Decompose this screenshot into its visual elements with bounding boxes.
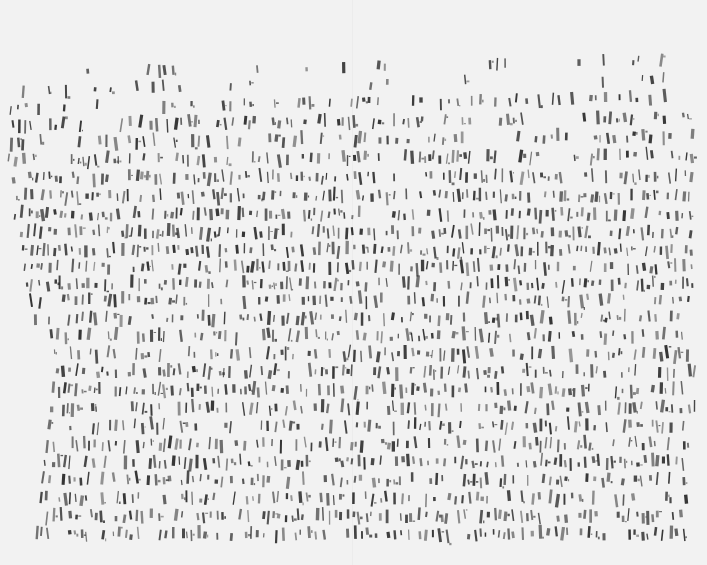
ink-stroke [191,492,193,505]
ink-stroke [150,439,152,446]
ink-stroke [149,121,152,130]
ink-stroke [92,248,96,255]
ink-dot [681,352,684,353]
ink-stroke [384,347,386,355]
ink-stroke [17,105,19,110]
ink-stroke [208,294,209,307]
ink-stroke [555,174,558,180]
ink-stroke [206,246,210,258]
ink-dot [80,408,83,410]
ink-stroke [530,315,535,326]
ink-stroke [7,154,10,162]
ink-stroke [463,474,467,487]
ink-stroke [179,280,181,285]
ink-dot [360,517,363,520]
ink-stroke [346,369,349,374]
ink-stroke [659,295,662,305]
ink-stroke [447,210,449,221]
ink-dot [99,193,100,195]
ink-stroke [631,493,635,501]
ink-stroke [498,438,501,450]
ink-stroke [433,134,435,142]
ink-dot [216,332,217,334]
ink-stroke [459,168,462,180]
ink-stroke [436,298,437,303]
ink-stroke [323,281,326,288]
ink-stroke [314,531,317,539]
ink-stroke [286,155,289,166]
ink-stroke [133,387,136,394]
ink-stroke [393,479,395,484]
ink-stroke [154,474,157,485]
ink-dot [346,358,348,361]
ink-stroke [47,419,51,429]
ink-stroke [562,371,564,378]
ink-stroke [479,249,481,254]
ink-stroke [604,333,608,344]
ink-dot [425,336,428,339]
ink-stroke [140,511,143,524]
ink-stroke [326,243,329,252]
ink-dot [576,156,579,159]
ink-stroke [372,118,375,129]
ink-stroke [360,351,362,362]
ink-stroke [185,403,187,413]
ink-stroke [443,296,445,306]
abstract-ink-artwork: Abstract ink drawing of rows of short ve… [0,0,707,565]
ink-stroke [556,480,559,485]
ink-stroke [687,114,689,119]
ink-stroke [115,441,117,446]
ink-stroke [54,229,58,235]
ink-stroke [214,157,217,163]
ink-stroke [221,512,224,520]
ink-stroke [243,193,245,198]
ink-stroke [181,494,184,499]
ink-stroke [196,513,199,520]
ink-stroke [592,456,596,463]
ink-stroke [406,454,410,467]
ink-dot [487,248,490,249]
ink-stroke [24,120,26,134]
ink-dot [251,82,253,83]
ink-dot [585,387,587,389]
ink-stroke [392,211,396,218]
ink-stroke [376,331,378,340]
ink-stroke [538,492,541,500]
ink-stroke [230,171,233,184]
ink-stroke [405,387,407,393]
ink-stroke [156,423,158,435]
ink-dot [42,142,44,145]
ink-stroke [395,456,398,466]
ink-stroke [380,293,383,303]
ink-stroke [151,314,154,319]
ink-stroke [374,260,377,273]
ink-stroke [194,279,197,287]
ink-stroke [564,460,567,467]
ink-dot [637,411,638,414]
ink-stroke [113,532,114,537]
ink-stroke [282,262,285,271]
ink-stroke [122,514,126,523]
ink-stroke [468,492,471,504]
ink-stroke [181,511,183,517]
ink-stroke [424,156,426,163]
ink-stroke [225,403,227,413]
ink-stroke [188,459,192,472]
ink-stroke [479,329,484,343]
ink-stroke [88,386,91,392]
ink-stroke [159,174,162,185]
ink-stroke [215,208,219,216]
ink-stroke [391,312,395,320]
ink-stroke [523,436,526,447]
ink-stroke [665,407,668,411]
ink-stroke [287,211,290,218]
ink-stroke [102,212,105,218]
ink-stroke [10,138,13,152]
ink-stroke [537,242,538,256]
ink-stroke [250,261,255,273]
ink-dot [476,481,478,483]
ink-stroke [472,474,475,486]
ink-stroke [315,312,318,320]
ink-stroke [651,385,655,393]
ink-stroke [511,208,514,216]
ink-stroke [36,263,40,268]
ink-stroke [564,443,566,450]
ink-stroke [29,293,33,307]
ink-stroke [36,526,39,540]
ink-stroke [93,440,95,448]
ink-stroke [580,528,583,535]
ink-stroke [163,331,165,342]
ink-stroke [94,388,96,393]
ink-stroke [619,457,622,463]
ink-stroke [113,294,117,307]
ink-stroke [424,422,426,427]
ink-stroke [580,246,582,252]
ink-stroke [68,511,72,519]
ink-stroke [125,530,128,538]
ink-stroke [380,498,382,503]
ink-stroke [630,189,632,201]
ink-stroke [261,261,264,272]
ink-stroke [69,426,71,430]
ink-stroke [125,386,127,394]
ink-dot [97,166,99,168]
ink-stroke [295,439,297,451]
ink-stroke [555,386,558,393]
ink-stroke [125,224,128,238]
ink-stroke [448,422,451,433]
ink-stroke [567,416,570,430]
ink-stroke [366,386,369,395]
ink-stroke [347,403,350,415]
ink-dot [196,369,198,372]
ink-stroke [406,441,409,448]
ink-stroke [221,208,224,214]
ink-stroke [328,262,331,275]
ink-dot [184,497,185,500]
ink-dot [337,280,339,282]
ink-stroke [252,280,254,289]
ink-stroke [107,265,110,275]
ink-stroke [649,475,652,481]
ink-stroke [621,372,623,378]
ink-stroke [494,169,497,180]
ink-stroke [687,296,690,302]
ink-stroke [116,491,119,503]
ink-dot [487,375,490,378]
ink-stroke [513,259,516,269]
ink-dot [487,229,490,231]
ink-stroke [29,121,32,130]
ink-stroke [137,527,140,539]
ink-stroke [234,440,238,446]
ink-stroke [349,296,352,304]
ink-dot [475,463,478,465]
ink-dot [626,461,627,463]
ink-stroke [463,313,465,322]
ink-stroke [671,404,673,412]
ink-stroke [352,511,355,517]
ink-stroke [294,263,297,271]
ink-stroke [41,189,45,200]
ink-stroke [237,188,240,201]
ink-dot [367,154,369,157]
ink-stroke [688,404,691,413]
ink-stroke [576,364,579,374]
ink-dot [73,159,75,161]
ink-dot [129,235,131,237]
ink-stroke [90,349,92,355]
ink-dot [483,521,484,524]
ink-stroke [414,417,417,429]
ink-stroke [58,497,60,502]
ink-stroke [101,174,104,185]
ink-stroke [64,192,68,206]
ink-stroke [246,496,249,504]
ink-stroke [431,263,434,268]
ink-stroke [436,458,439,463]
ink-stroke [363,132,366,142]
ink-stroke [207,475,209,480]
ink-stroke [308,96,311,109]
ink-stroke [246,280,249,284]
ink-stroke [152,209,155,220]
ink-stroke [604,193,608,204]
ink-stroke [296,424,299,430]
ink-stroke [204,385,207,393]
ink-stroke [594,135,598,139]
ink-stroke [328,189,331,201]
ink-stroke [320,315,322,320]
ink-stroke [429,365,432,376]
ink-stroke [171,264,173,270]
ink-stroke [572,226,574,240]
ink-stroke [22,86,25,99]
ink-stroke [224,330,226,341]
ink-dot [160,234,162,236]
ink-stroke [156,229,160,239]
ink-stroke [594,351,597,358]
ink-stroke [36,211,39,218]
ink-stroke [665,492,668,501]
ink-stroke [260,366,263,375]
ink-stroke [101,530,105,539]
ink-stroke [263,533,265,537]
ink-stroke [391,352,394,361]
ink-stroke [611,280,614,292]
ink-stroke [626,248,628,256]
ink-stroke [685,170,686,176]
ink-stroke [599,280,602,285]
ink-stroke [60,507,63,521]
ink-stroke [397,230,399,239]
ink-stroke [214,231,217,237]
ink-stroke [162,65,166,75]
ink-dot [459,154,462,157]
ink-stroke [164,211,166,219]
ink-stroke [520,171,525,185]
ink-stroke [87,328,92,341]
ink-stroke [272,170,274,180]
ink-stroke [143,247,145,252]
ink-stroke [479,222,481,236]
ink-stroke [643,455,647,463]
ink-stroke [633,152,637,157]
ink-stroke [244,243,246,253]
ink-dot [447,116,449,118]
ink-stroke [119,387,121,396]
ink-stroke [624,171,628,184]
ink-stroke [378,137,381,143]
ink-dot [248,175,250,177]
ink-stroke [100,492,104,504]
ink-stroke [505,264,508,272]
ink-dot [56,352,57,355]
ink-stroke [468,151,471,164]
ink-stroke [362,245,365,254]
ink-stroke [211,387,213,397]
ink-dot [593,156,595,158]
ink-stroke [343,212,345,219]
ink-stroke [503,511,507,521]
ink-dot [82,130,83,132]
ink-stroke [228,366,231,378]
ink-dot [584,307,585,310]
ink-stroke [122,420,124,430]
ink-dot [413,521,416,522]
ink-stroke [632,131,636,136]
ink-stroke [620,244,622,252]
ink-stroke [604,92,607,102]
ink-dot [466,509,468,510]
ink-stroke [632,402,637,413]
ink-stroke [467,479,470,484]
ink-dot [459,105,460,106]
ink-stroke [642,75,644,81]
ink-stroke [651,514,654,522]
ink-stroke [386,367,390,375]
ink-stroke [656,472,659,485]
ink-stroke [562,280,566,294]
ink-stroke [675,280,677,284]
ink-stroke [661,283,665,290]
ink-stroke [134,419,136,429]
ink-stroke [113,313,117,319]
ink-stroke [496,293,498,303]
ink-stroke [603,116,606,122]
ink-stroke [454,171,456,178]
ink-stroke [356,422,358,427]
ink-stroke [534,328,537,339]
ink-stroke [407,402,411,413]
ink-stroke [582,113,586,122]
ink-stroke [421,260,424,272]
ink-stroke [130,275,133,288]
ink-stroke [682,477,685,485]
ink-stroke [210,349,213,359]
ink-stroke [410,367,413,374]
ink-stroke [366,296,368,309]
ink-dot [650,195,651,196]
ink-stroke [68,368,71,372]
ink-stroke [407,420,409,429]
ink-stroke [430,171,433,178]
ink-stroke [476,368,479,379]
ink-stroke [521,527,524,540]
ink-stroke [516,131,520,142]
ink-stroke [339,512,342,520]
ink-dot [686,482,688,484]
ink-stroke [386,510,389,524]
ink-dot [161,338,162,341]
ink-dot [669,346,672,347]
ink-stroke [46,528,49,539]
ink-stroke [429,478,432,484]
ink-stroke [567,310,571,324]
ink-stroke [36,245,39,255]
ink-stroke [314,281,316,288]
ink-stroke [520,511,523,523]
ink-stroke [348,345,351,358]
ink-dot [356,124,359,127]
ink-stroke [38,297,42,309]
ink-dot [78,516,81,517]
ink-stroke [633,229,635,233]
ink-stroke [593,476,596,481]
ink-dot [275,283,276,286]
ink-stroke [280,388,284,393]
ink-stroke [372,172,375,183]
ink-stroke [584,226,588,239]
ink-stroke [456,98,459,106]
ink-stroke [88,293,90,305]
ink-stroke [142,153,145,160]
ink-stroke [252,496,254,501]
ink-stroke [63,382,67,393]
ink-stroke [691,264,693,269]
ink-stroke [339,494,342,500]
ink-stroke [571,278,574,287]
ink-stroke [200,333,204,341]
ink-stroke [31,264,33,269]
ink-stroke [377,97,379,105]
ink-stroke [133,267,135,272]
